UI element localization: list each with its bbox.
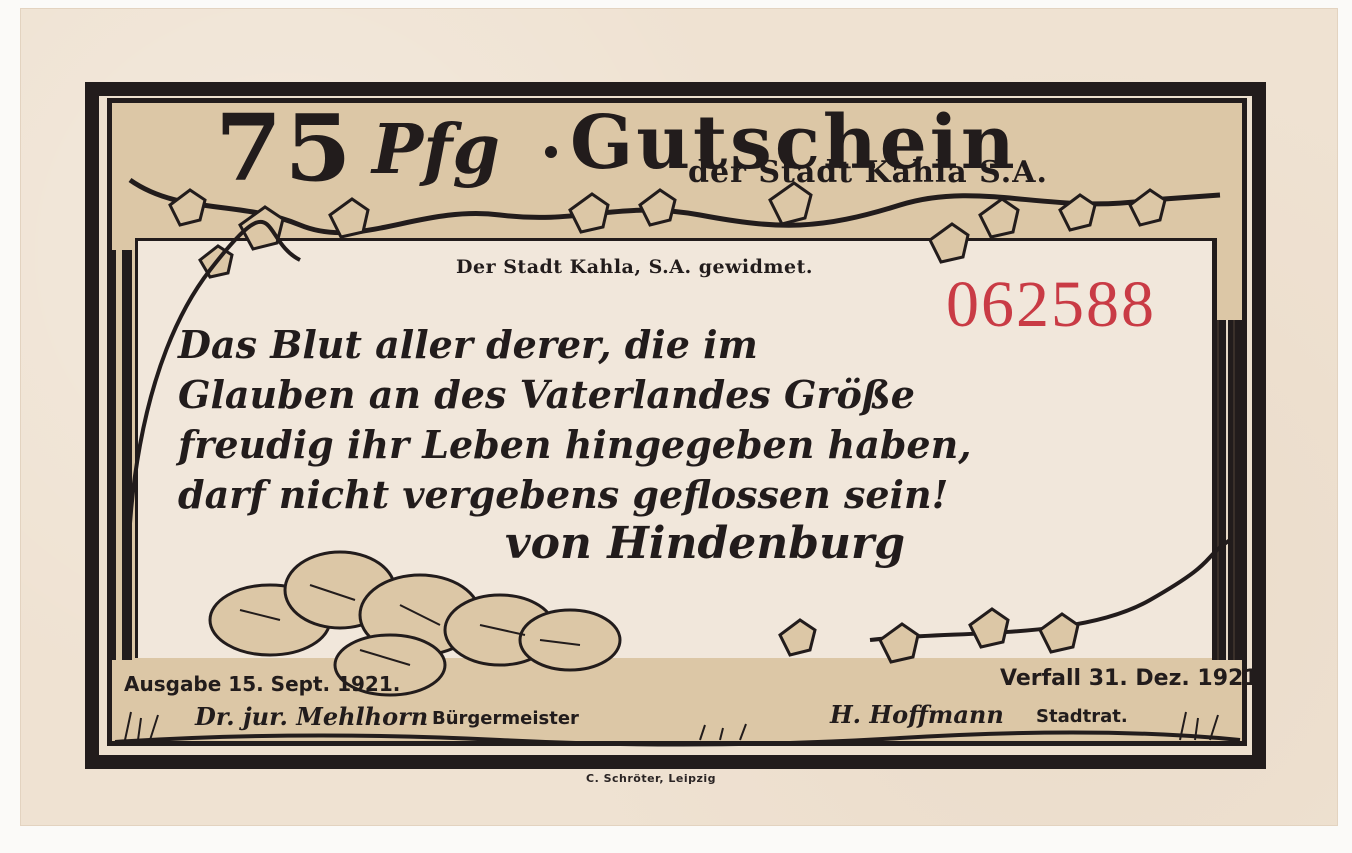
quote-line: Glauben an des Vaterlandes Größe	[178, 370, 1198, 420]
printer-imprint: C. Schröter, Leipzig	[586, 772, 716, 785]
quote-line: darf nicht vergebens geflossen sein!	[178, 470, 1198, 520]
tree-trunk-left	[110, 250, 138, 660]
quote-line: Das Blut aller derer, die im	[178, 320, 1198, 370]
tree-trunk-right	[1212, 320, 1242, 660]
denomination-unit: Pfg	[372, 116, 500, 184]
mayor-signature: Dr. jur. Mehlhorn	[195, 702, 428, 731]
councillor-title: Stadtrat.	[1036, 706, 1128, 727]
quote-signature: von Hindenburg	[505, 518, 905, 569]
mayor-title: Bürgermeister	[432, 708, 579, 729]
dedication-text: Der Stadt Kahla, S.A. gewidmet.	[456, 256, 813, 278]
expiry-date: Verfall 31. Dez. 1921.	[1000, 666, 1267, 691]
note-issuer: der Stadt Kahla S.A.	[688, 158, 1048, 188]
councillor-signature: H. Hoffmann	[830, 700, 1004, 729]
handwritten-quote: Das Blut aller derer, die im Glauben an …	[178, 320, 1198, 520]
denomination-amount: 75	[215, 102, 354, 194]
quote-line: freudig ihr Leben hingegeben haben,	[178, 420, 1198, 470]
issue-date: Ausgabe 15. Sept. 1921.	[124, 672, 400, 696]
title-separator-dot	[545, 146, 557, 158]
